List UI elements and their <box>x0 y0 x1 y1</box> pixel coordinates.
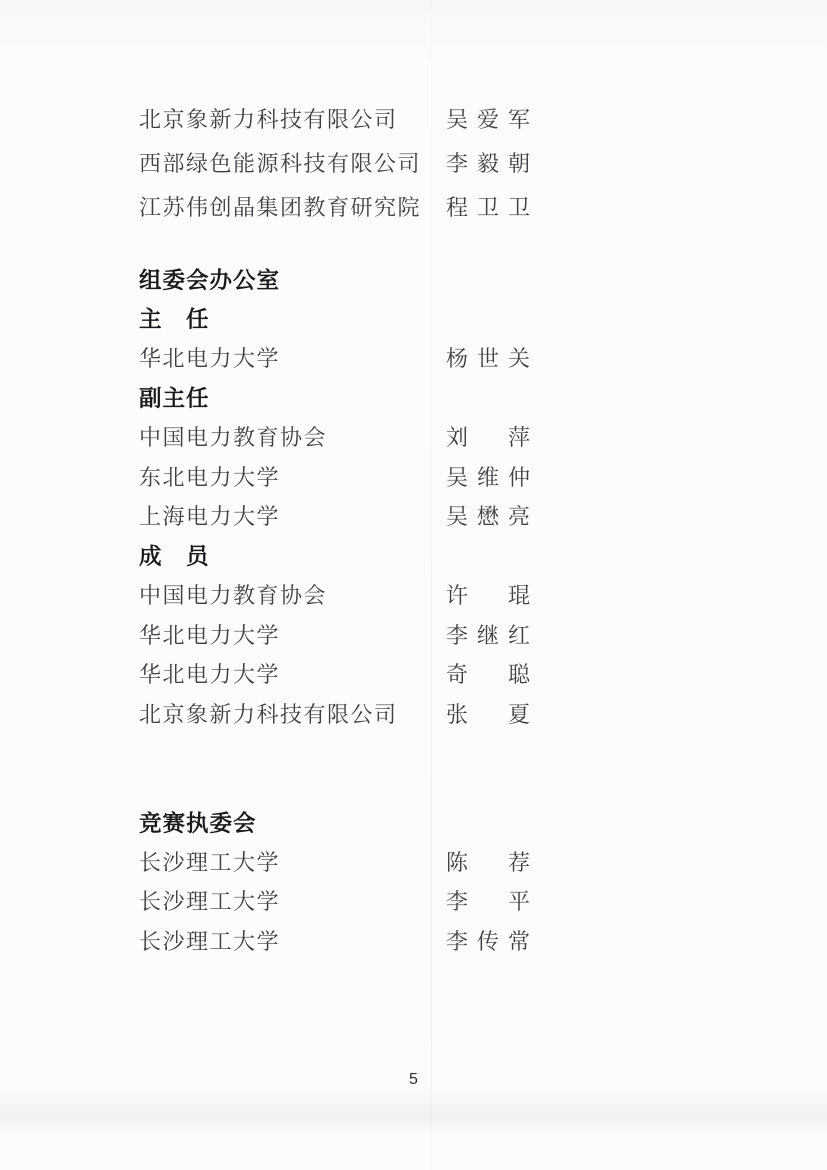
scan-top-shading <box>0 0 827 70</box>
member-row: 东北电力大学吴维仲 <box>139 457 699 497</box>
person-name: 刘 萍 <box>446 421 539 452</box>
committee-section: 竞赛执委会长沙理工大学陈 荐长沙理工大学李 平长沙理工大学李传常 <box>139 802 699 960</box>
member-row: 北京象新力科技有限公司吴爱军 <box>139 96 699 140</box>
organization-name: 中国电力教育协会 <box>139 421 446 452</box>
member-row: 华北电力大学杨世关 <box>139 338 699 378</box>
organization-name: 长沙理工大学 <box>139 846 446 877</box>
committee-section: 组委会办公室主 任华北电力大学杨世关副主任中国电力教育协会刘 萍东北电力大学吴维… <box>139 259 699 733</box>
page-number: 5 <box>0 1071 827 1089</box>
role-heading: 副主任 <box>139 378 699 418</box>
organization-name: 北京象新力科技有限公司 <box>139 698 446 729</box>
scanned-document-page: 北京象新力科技有限公司吴爱军西部绿色能源科技有限公司李毅朝江苏伟创晶集团教育研究… <box>0 0 827 1170</box>
organization-name: 长沙理工大学 <box>139 885 446 916</box>
member-row: 长沙理工大学李传常 <box>139 921 699 961</box>
person-name: 奇 聪 <box>446 658 539 689</box>
person-name: 李继红 <box>446 619 539 650</box>
role-heading: 主 任 <box>139 299 699 339</box>
organization-name: 东北电力大学 <box>139 461 446 492</box>
member-row: 华北电力大学奇 聪 <box>139 654 699 694</box>
member-row: 上海电力大学吴懋亮 <box>139 496 699 536</box>
section-heading: 组委会办公室 <box>139 259 699 299</box>
member-row: 中国电力教育协会许 琨 <box>139 575 699 615</box>
member-row: 中国电力教育协会刘 萍 <box>139 417 699 457</box>
person-name: 陈 荐 <box>446 846 539 877</box>
organization-name: 上海电力大学 <box>139 500 446 531</box>
person-name: 吴维仲 <box>446 461 539 492</box>
organization-name: 华北电力大学 <box>139 619 446 650</box>
person-name: 杨世关 <box>446 342 539 373</box>
organization-name: 西部绿色能源科技有限公司 <box>139 147 446 178</box>
person-name: 程卫卫 <box>446 191 539 222</box>
member-row: 长沙理工大学陈 荐 <box>139 842 699 882</box>
organization-name: 华北电力大学 <box>139 658 446 689</box>
person-name: 李 平 <box>446 885 539 916</box>
organization-name: 长沙理工大学 <box>139 925 446 956</box>
member-row: 长沙理工大学李 平 <box>139 881 699 921</box>
person-name: 李毅朝 <box>446 147 539 178</box>
section-heading: 竞赛执委会 <box>139 802 699 842</box>
person-name: 吴爱军 <box>446 103 539 134</box>
person-name: 李传常 <box>446 925 539 956</box>
member-row: 北京象新力科技有限公司张 夏 <box>139 694 699 734</box>
committee-list: 北京象新力科技有限公司吴爱军西部绿色能源科技有限公司李毅朝江苏伟创晶集团教育研究… <box>139 96 699 960</box>
member-row: 江苏伟创晶集团教育研究院程卫卫 <box>139 184 699 228</box>
organization-name: 中国电力教育协会 <box>139 579 446 610</box>
person-name: 许 琨 <box>446 579 539 610</box>
person-name: 张 夏 <box>446 698 539 729</box>
role-heading: 成 员 <box>139 536 699 576</box>
scan-bottom-shading <box>0 1083 827 1133</box>
organization-name: 北京象新力科技有限公司 <box>139 103 446 134</box>
organization-name: 华北电力大学 <box>139 342 446 373</box>
committee-section: 北京象新力科技有限公司吴爱军西部绿色能源科技有限公司李毅朝江苏伟创晶集团教育研究… <box>139 96 699 228</box>
organization-name: 江苏伟创晶集团教育研究院 <box>139 191 446 222</box>
person-name: 吴懋亮 <box>446 500 539 531</box>
member-row: 西部绿色能源科技有限公司李毅朝 <box>139 140 699 184</box>
member-row: 华北电力大学李继红 <box>139 615 699 655</box>
